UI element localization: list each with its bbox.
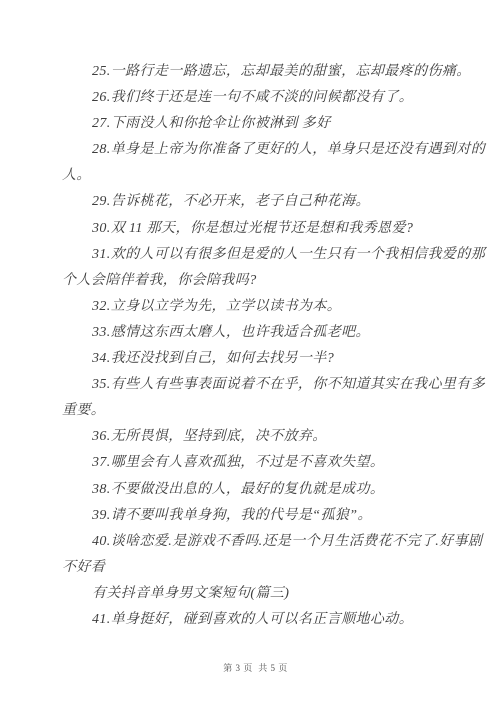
list-item-40-continuation: 不好看 xyxy=(62,555,460,581)
list-item-32: 32.立身以立学为先，立学以读书为本。 xyxy=(62,294,460,320)
page-number: 第 3 页 共 5 页 xyxy=(223,663,288,673)
list-item-33: 33.感情这东西太磨人，也许我适合孤老吧。 xyxy=(62,320,460,346)
document-body: 25.一路行走一路遗忘，忘却最美的甜蜜，忘却最疼的伤痛。 26.我们终于还是连一… xyxy=(62,59,460,633)
list-item-30: 30.双 11 那天，你是想过光棍节还是想和我秀恩爱? xyxy=(62,216,460,242)
list-item-31: 31.欢的人可以有很多但是爱的人一生只有一个我相信我爱的那 xyxy=(62,242,460,268)
document-page: 25.一路行走一路遗忘，忘却最美的甜蜜，忘却最疼的伤痛。 26.我们终于还是连一… xyxy=(0,0,500,708)
list-item-34: 34.我还没找到自己，如何去找另一半? xyxy=(62,346,460,372)
list-item-26: 26.我们终于还是连一句不咸不淡的问候都没有了。 xyxy=(62,85,460,111)
list-item-31-continuation: 个人会陪伴着我，你会陪我吗? xyxy=(62,268,460,294)
list-item-36: 36.无所畏惧，坚持到底，决不放弃。 xyxy=(62,424,460,450)
list-item-37: 37.哪里会有人喜欢孤独，不过是不喜欢失望。 xyxy=(62,450,460,476)
list-item-29: 29.告诉桃花，不必开来，老子自己种花海。 xyxy=(62,189,460,215)
list-item-39: 39.请不要叫我单身狗，我的代号是“孤狼”。 xyxy=(62,503,460,529)
list-item-28: 28.单身是上帝为你准备了更好的人，单身只是还没有遇到对的 xyxy=(62,137,460,163)
list-item-27: 27.下雨没人和你抢伞让你被淋到 多好 xyxy=(62,111,460,137)
section-heading: 有关抖音单身男文案短句(篇三) xyxy=(62,581,460,607)
list-item-35-continuation: 重要。 xyxy=(62,398,460,424)
page-footer: 第 3 页 共 5 页 xyxy=(0,651,500,684)
list-item-38: 38.不要做没出息的人，最好的复仇就是成功。 xyxy=(62,477,460,503)
list-item-25: 25.一路行走一路遗忘，忘却最美的甜蜜，忘却最疼的伤痛。 xyxy=(62,59,460,85)
list-item-35: 35.有些人有些事表面说着不在乎，你不知道其实在我心里有多 xyxy=(62,372,460,398)
list-item-40: 40.谈啥恋爱.是游戏不香吗.还是一个月生活费花不完了.好事剧 xyxy=(62,529,460,555)
list-item-41: 41.单身挺好，碰到喜欢的人可以名正言顺地心动。 xyxy=(62,607,460,633)
list-item-28-continuation: 人。 xyxy=(62,163,460,189)
